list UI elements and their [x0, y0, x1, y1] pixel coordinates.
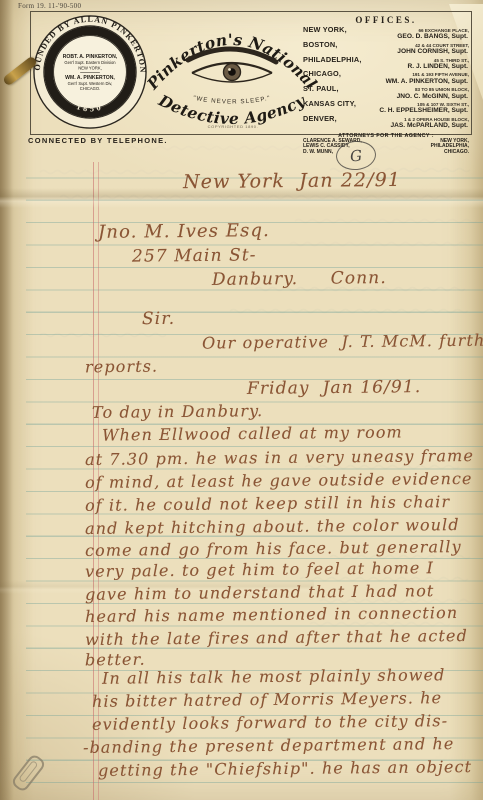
svg-text:"WE NEVER SLEEP.": "WE NEVER SLEEP."	[193, 95, 272, 106]
seal-city-2: CHICAGO.	[80, 86, 100, 91]
office-entry: ST. PAUL,83 TO 85 UNION BLOCK,JNO. C. Mc…	[303, 86, 469, 100]
office-city: PHILADELPHIA,	[303, 57, 362, 63]
handwritten-line: reports.	[85, 357, 158, 377]
form-number: Form 19. 11-'90-500	[18, 2, 81, 10]
offices-title: OFFICES.	[303, 15, 469, 25]
eye-illustration	[188, 49, 276, 82]
office-supt: JAS. McPARLAND, Supt.	[303, 123, 469, 129]
office-city: CHICAGO,	[303, 71, 341, 77]
attorney-entry: D. W. MUNN,CHICAGO.	[303, 150, 469, 156]
office-city: BOSTON,	[303, 42, 338, 48]
logo-name-line1: Pinkerton's National	[146, 30, 318, 94]
seal-title-1: Gen'l Supt. Eastern Division	[64, 60, 116, 65]
handwritten-line: heard his name mentioned in connection	[85, 603, 458, 626]
attorney-name: D. W. MUNN,	[303, 150, 333, 156]
handwritten-line: very pale. to get him to feel at home I	[85, 558, 434, 581]
handwritten-line: New York Jan 22/91	[183, 169, 401, 193]
logo-name-line2: Detective Agency	[155, 90, 309, 128]
handwritten-line: When Ellwood called at my room	[102, 422, 403, 444]
office-city: NEW YORK,	[303, 27, 347, 33]
seal-city-1: NEW YORK,	[78, 66, 102, 71]
handwritten-line: his bitter hatred of Morris Meyers. he	[92, 688, 442, 711]
offices-panel: OFFICES. NEW YORK,66 EXCHANGE PLACE,GEO.…	[303, 15, 469, 155]
handwritten-line: Jno. M. Ives Esq.	[98, 220, 270, 243]
office-entry: PHILADELPHIA,45 S. THIRD ST.,R. J. LINDE…	[303, 57, 469, 71]
offices-list: NEW YORK,66 EXCHANGE PLACE,GEO. D. BANGS…	[303, 27, 469, 130]
agency-logo: Pinkerton's National "WE NEVER SLEEP." D…	[146, 13, 318, 131]
handwritten-line: Sir.	[142, 309, 175, 329]
handwritten-line: Danbury. Conn.	[212, 268, 387, 290]
handwritten-line: with the late fires and after that he ac…	[85, 626, 468, 649]
handwritten-line: of it. he could not keep still in his ch…	[85, 492, 450, 515]
attorneys-list: CLARENCE A. SEWARD,NEW YORK,LEWIS C. CAS…	[303, 139, 469, 156]
handwritten-line: better.	[85, 650, 146, 670]
handwritten-line: Friday Jan 16/91.	[247, 377, 421, 399]
handwritten-line: In all his talk he most plainly showed	[102, 665, 446, 688]
copyright-notice: COPYRIGHTED 1890.	[148, 124, 318, 129]
handwritten-line: and kept hitching about. the color would	[85, 515, 460, 538]
handwritten-line: gave him to understand that I had not	[85, 581, 435, 604]
office-entry: BOSTON,42 & 44 COURT STREET,JOHN CORNISH…	[303, 42, 469, 56]
attorney-city: CHICAGO.	[444, 150, 469, 156]
handwritten-line: 257 Main St-	[132, 245, 257, 266]
office-entry: CHICAGO,191 & 193 FIFTH AVENUE,WM. A. PI…	[303, 71, 469, 85]
office-city: KANSAS CITY,	[303, 101, 356, 107]
annotation-letter: G	[349, 146, 363, 165]
office-city: ST. PAUL,	[303, 86, 339, 92]
scanned-letter-page: Form 19. 11-'90-500 FOUNDED BY ALLAN PIN…	[0, 0, 483, 800]
svg-text:Pinkerton's National: Pinkerton's National	[146, 30, 318, 94]
office-entry: NEW YORK,66 EXCHANGE PLACE,GEO. D. BANGS…	[303, 27, 469, 41]
handwritten-line: of mind, at least he gave outside eviden…	[85, 469, 473, 492]
handwritten-line: To day in Danbury.	[92, 401, 263, 422]
office-entry: KANSAS CITY,105 & 107 W. SIXTH ST.,C. H.…	[303, 101, 469, 115]
connected-by-telephone: CONNECTED BY TELEPHONE.	[28, 136, 168, 145]
handwritten-line: -banding the present department and he	[83, 734, 455, 757]
scan-shadow-left	[0, 0, 14, 800]
logo-motto: "WE NEVER SLEEP."	[193, 95, 272, 106]
handwritten-line: come and go from his face. but generally	[85, 537, 462, 560]
handwritten-line: evidently looks forward to the city dis-	[92, 711, 448, 734]
office-city: DENVER,	[303, 116, 337, 122]
handwritten-line: getting the "Chiefship". he has an objec…	[98, 757, 472, 780]
founders-seal: FOUNDED BY ALLAN PINKERTON. 1850 ROBT. A…	[31, 13, 149, 131]
office-entry: DENVER,1 & 2 OPERA HOUSE BLOCK,JAS. McPA…	[303, 116, 469, 130]
handwritten-line: Our operative J. T. McM. further	[202, 330, 483, 352]
svg-text:Detective Agency: Detective Agency	[155, 90, 309, 128]
handwritten-line: at 7.30 pm. he was in a very uneasy fram…	[85, 446, 474, 469]
seal-title-2: Gen'l Supt. Western Div,	[68, 81, 113, 86]
